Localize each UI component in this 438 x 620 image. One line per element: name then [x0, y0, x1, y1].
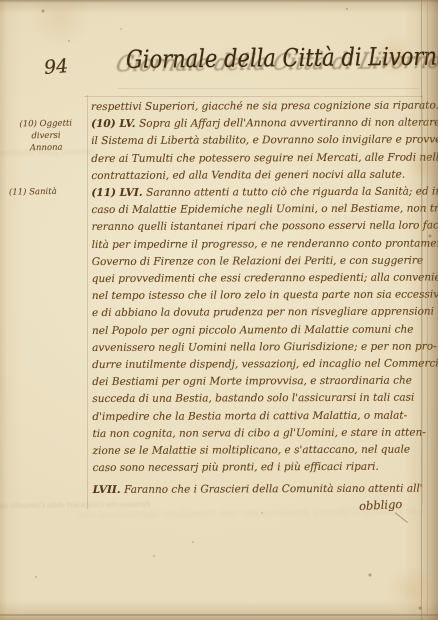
margin-note-ref: (11): [9, 187, 27, 197]
margin-note-annona: (10) Oggetti diversi Annona: [5, 117, 88, 154]
manuscript-line: dei Bestiami per ogni Morte improvvisa, …: [92, 373, 430, 392]
page-header: Giornale della Città di Livorno Giornale…: [126, 46, 428, 90]
manuscript-body: respettivi Superiori, giacché ne sia pre…: [91, 98, 431, 500]
margin-note-line: (11) Sanità: [9, 185, 91, 198]
page-edge-crease: [427, 0, 428, 620]
manuscript-line: succeda di una Bestia, bastando solo l'a…: [92, 390, 430, 409]
manuscript-photo: 94 Giornale della Città di Livorno Giorn…: [0, 0, 438, 620]
margin-note-ref: (10): [19, 119, 37, 129]
manuscript-line: caso sono necessarj più pronti, ed i più…: [93, 459, 431, 478]
manuscript-line: dere ai Tumulti che potessero seguire ne…: [91, 149, 429, 168]
manuscript-page: 94 Giornale della Città di Livorno Giorn…: [0, 0, 438, 620]
manuscript-line: zione se le Malattie si moltiplicano, e …: [93, 442, 431, 461]
margin-note-sanita: (11) Sanità: [5, 185, 91, 198]
manuscript-line: (11) LVI. Saranno attenti a tutto ciò ch…: [91, 184, 429, 203]
manuscript-line: tia non cognita, non serva di cibo a gl'…: [92, 424, 430, 443]
margin-note-label: Oggetti diversi: [31, 119, 72, 142]
manuscript-line: avvenissero negli Uomini nella loro Giur…: [92, 338, 430, 357]
page-bottom-edge: [0, 614, 438, 616]
manuscript-line: Governo di Firenze con le Relazioni dei …: [92, 252, 430, 271]
manuscript-line: reranno quelli istantanei ripari che pos…: [92, 218, 430, 237]
manuscript-line: (10) LV. Sopra gli Affarj dell'Annona av…: [91, 115, 429, 134]
manuscript-line: il Sistema di Libertà stabilito, e Dovra…: [91, 132, 429, 151]
manuscript-line: nel Popolo per ogni piccolo Aumento di M…: [92, 321, 430, 340]
stray-pen-mark: [394, 512, 408, 523]
manuscript-line: caso di Malattie Epidemiche negli Uomini…: [91, 201, 429, 220]
manuscript-line: d'impedire che la Bestia morta di cattiv…: [92, 407, 430, 426]
manuscript-line: lità per impedirne il progresso, e ne re…: [92, 235, 430, 254]
manuscript-line: quei provvedimenti che essi crederanno e…: [92, 270, 430, 289]
page-edge-crease: [421, 0, 422, 620]
manuscript-line: nel tempo istesso che il loro zelo in qu…: [92, 287, 430, 306]
manuscript-line: contrattazioni, ed alla Vendita dei gene…: [91, 166, 429, 185]
manuscript-line: respettivi Superiori, giacché ne sia pre…: [91, 98, 429, 117]
page-number: 94: [43, 55, 69, 79]
margin-note-label: Sanità: [29, 187, 57, 197]
show-through-text: Faranno che i Grascieri della Comunità s…: [55, 501, 150, 510]
manuscript-line: LVII. Faranno che i Grascieri della Comu…: [93, 481, 431, 500]
margin-rule-line: [87, 95, 88, 509]
manuscript-line: durre inutilmente dispendj, vessazionj, …: [92, 356, 430, 375]
catchword: obbligo: [358, 497, 402, 513]
margin-note-label: Annona: [5, 141, 87, 154]
page-header-title: Giornale della Città di Livorno: [126, 42, 428, 73]
margin-note-line: (10) Oggetti diversi: [5, 117, 87, 142]
manuscript-line: e di abbiano la dovuta prudenza per non …: [92, 304, 430, 323]
